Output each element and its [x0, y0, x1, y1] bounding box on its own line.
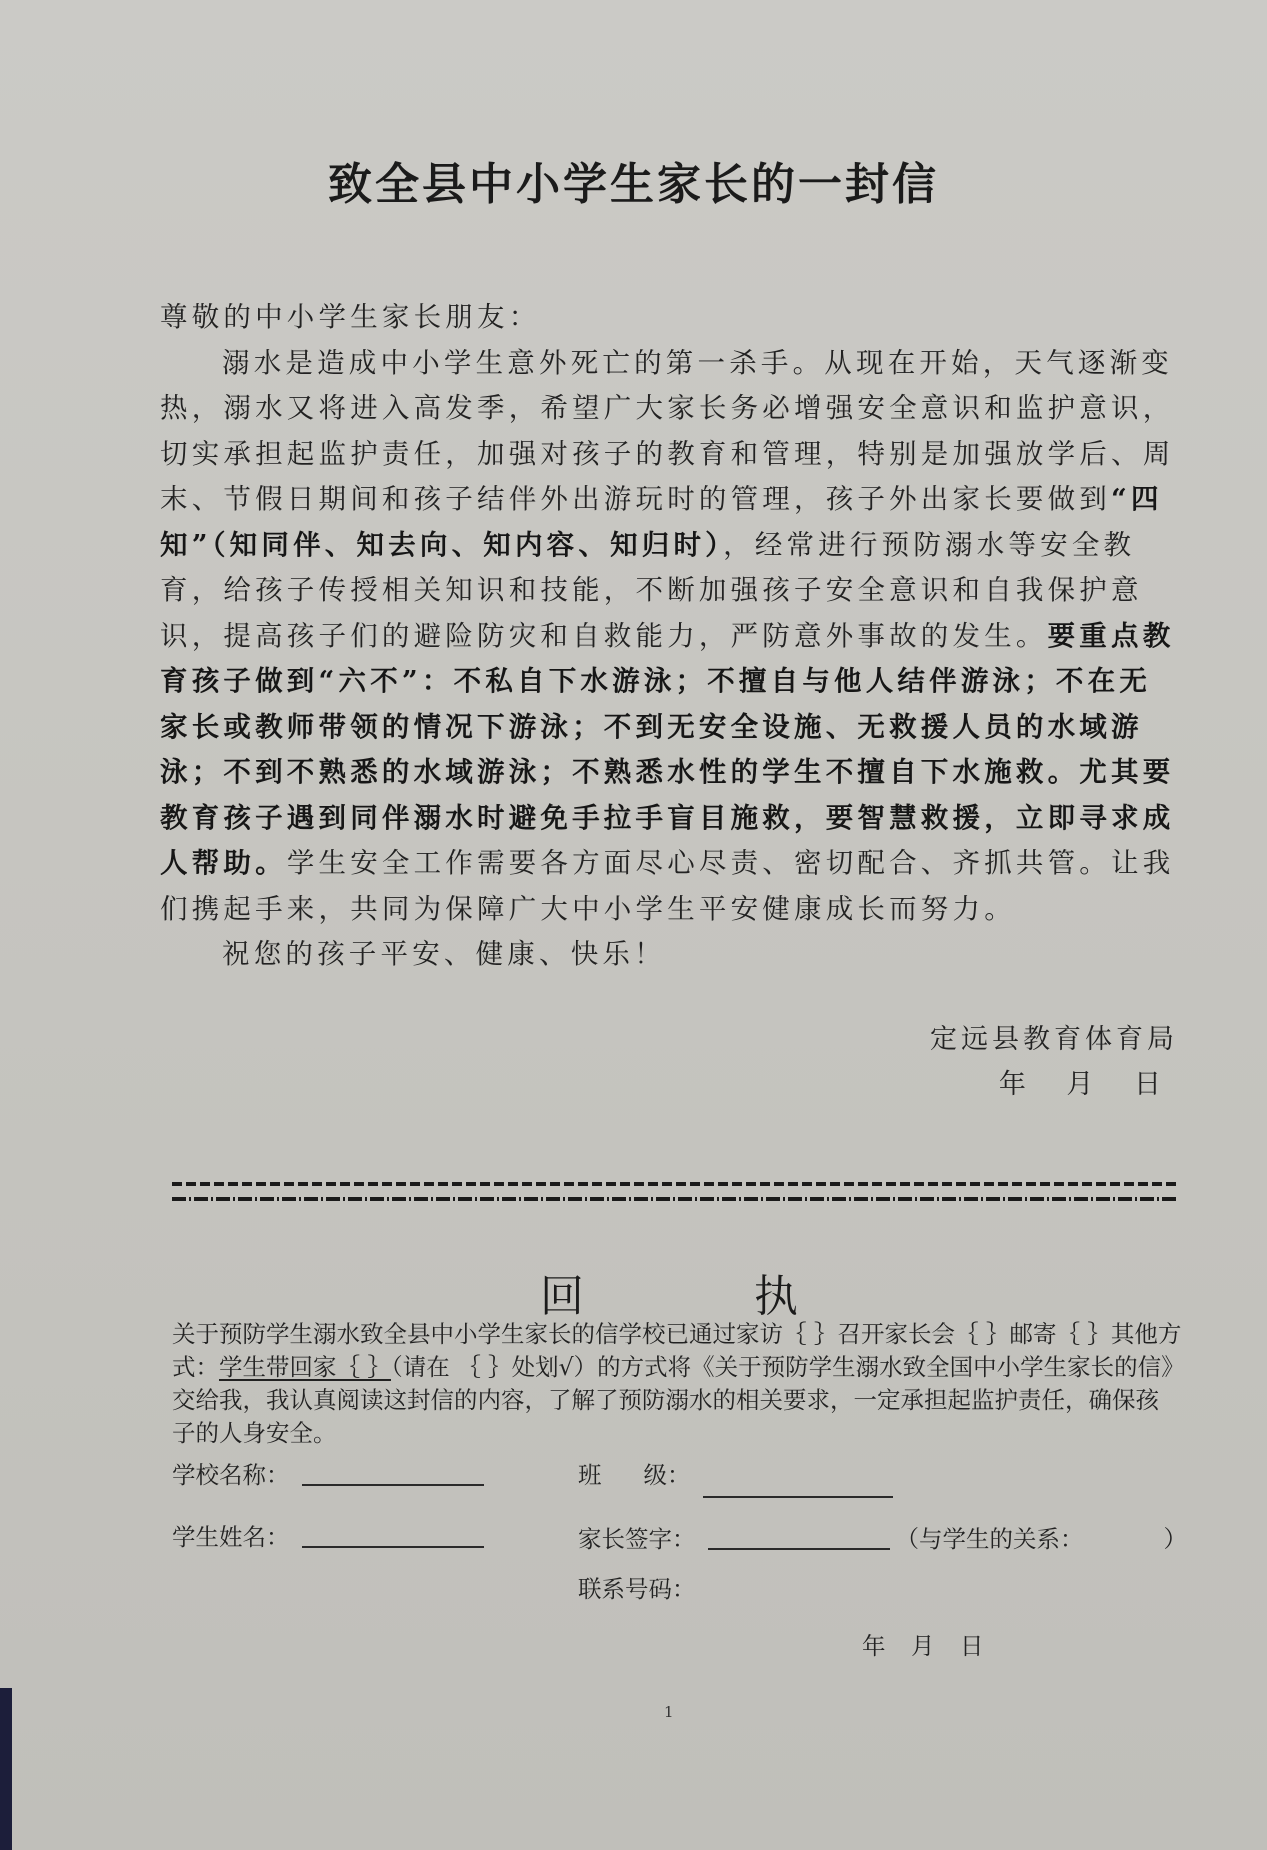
class-field: 班 级： — [578, 1456, 893, 1490]
page-number: 1 — [664, 1703, 674, 1721]
class-blank[interactable] — [703, 1495, 893, 1498]
letter-title: 致全县中小学生家长的一封信 — [0, 148, 1267, 212]
school-name-label: 学校名称： — [172, 1456, 290, 1490]
main-paragraph: 溺水是造成中小学生意外死亡的第一杀手。从现在开始，天气逐渐变热，溺水又将进入高发… — [160, 341, 1180, 933]
signature-date: 年 月 日 — [0, 1062, 1165, 1101]
letter-body: 尊敬的中小学生家长朋友： 溺水是造成中小学生意外死亡的第一杀手。从现在开始，天气… — [160, 295, 1180, 978]
paragraph-text-3: 学生安全工作需要各方面尽心尽责、密切配合、齐抓共管。让我们携起手来，共同为保障广… — [160, 847, 1174, 925]
receipt-option-student-brings-home: 学生带回家｛ ｝ — [219, 1353, 391, 1381]
receipt-title: 回执 — [540, 1260, 798, 1324]
parent-signature-field: 家长签字： （与学生的关系： ） — [578, 1520, 1187, 1554]
student-name-blank[interactable] — [302, 1545, 484, 1548]
background-edge — [0, 1688, 12, 1850]
relation-label: （与学生的关系： — [896, 1520, 1084, 1554]
receipt-date: 年 月 日 — [862, 1627, 983, 1661]
cut-line-dash-dot — [172, 1197, 1177, 1201]
parent-signature-blank[interactable] — [708, 1547, 890, 1550]
paragraph-text-1: 溺水是造成中小学生意外死亡的第一杀手。从现在开始，天气逐渐变热，溺水又将进入高发… — [160, 347, 1174, 516]
cut-line-dashed — [172, 1182, 1177, 1186]
student-name-label: 学生姓名： — [172, 1518, 290, 1552]
six-nots-text: 要重点教育孩子做到“六不”：不私自下水游泳；不擅自与他人结伴游泳；不在无家长或教… — [160, 620, 1174, 880]
class-label-2: 级： — [644, 1456, 691, 1490]
relation-close: ） — [1164, 1520, 1188, 1554]
phone-field: 联系号码： — [578, 1570, 696, 1604]
receipt-statement: 关于预防学生溺水致全县中小学生家长的信学校已通过家访｛ ｝召开家长会｛ ｝邮寄｛… — [172, 1318, 1182, 1450]
receipt-title-char-2: 执 — [754, 1260, 798, 1324]
parent-signature-label: 家长签字： — [578, 1520, 696, 1554]
scanned-letter-page: 致全县中小学生家长的一封信 尊敬的中小学生家长朋友： 溺水是造成中小学生意外死亡… — [0, 0, 1267, 1850]
student-name-field: 学生姓名： — [172, 1518, 484, 1552]
school-name-blank[interactable] — [302, 1483, 484, 1486]
school-name-field: 学校名称： — [172, 1456, 484, 1490]
class-label-1: 班 — [578, 1456, 602, 1490]
salutation: 尊敬的中小学生家长朋友： — [160, 295, 1180, 341]
receipt-title-char-1: 回 — [540, 1260, 584, 1324]
phone-label: 联系号码： — [578, 1570, 696, 1604]
signature-organization: 定远县教育体育局 — [0, 1017, 1178, 1056]
closing-wish: 祝您的孩子平安、健康、快乐！ — [160, 932, 1180, 978]
